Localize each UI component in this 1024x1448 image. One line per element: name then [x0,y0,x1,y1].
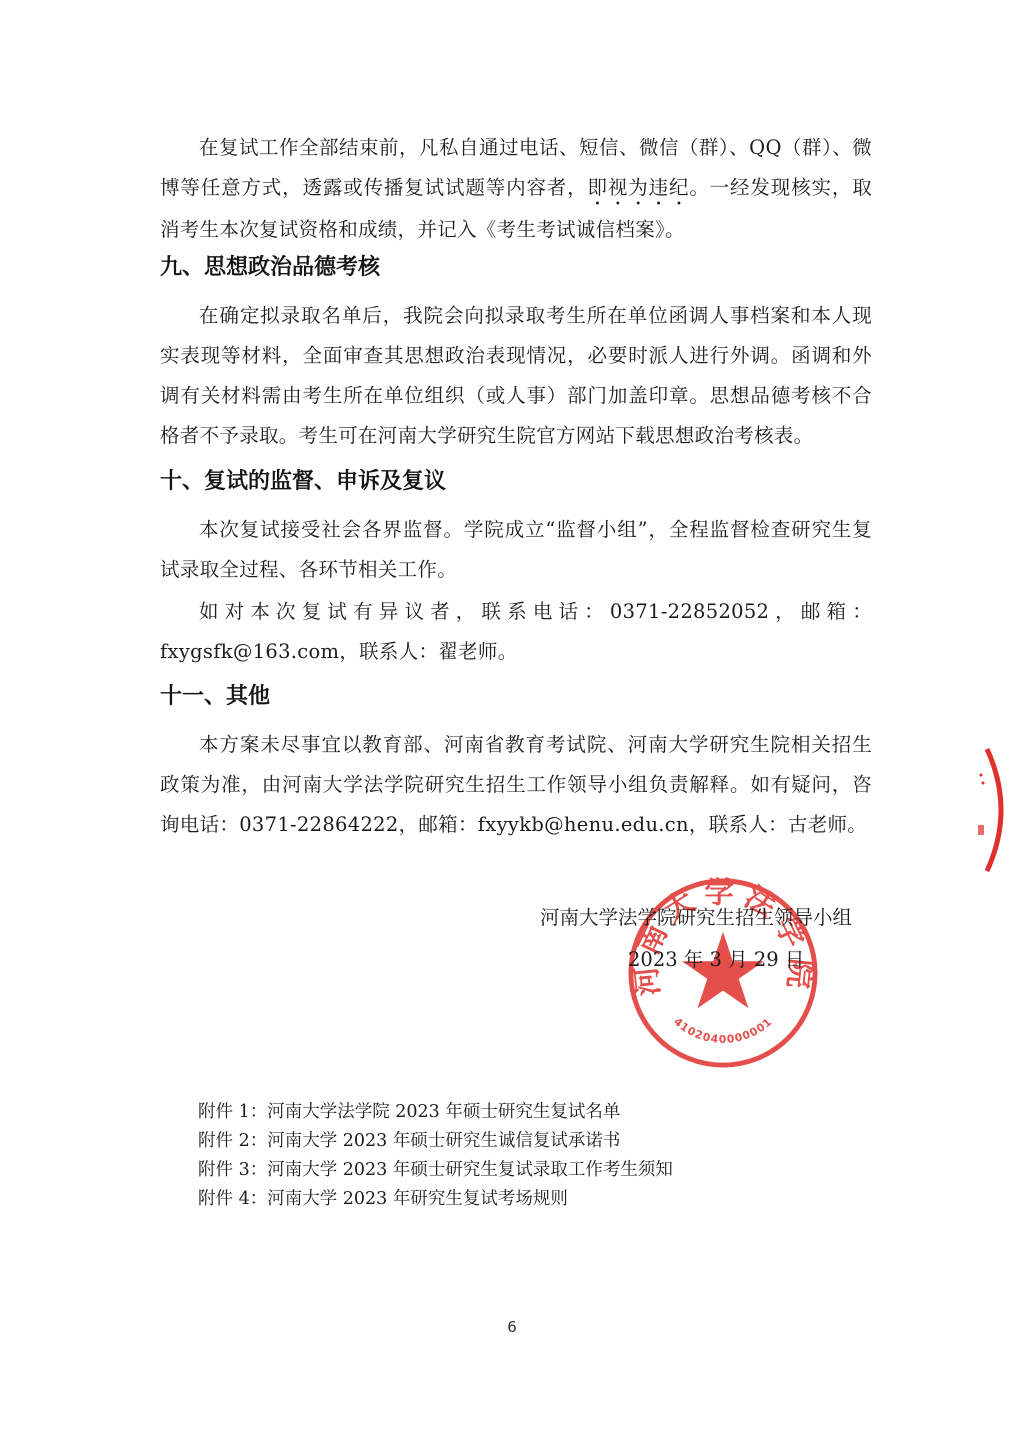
paging-seal-fragment-icon [975,745,1024,875]
signature-date: 2023 年 3 月 29 日 [628,945,804,975]
signature-organization: 河南大学法学院研究生招生领导小组 [540,903,852,933]
attachment-item: 附件 4：河南大学 2023 年研究生复试考场规则 [198,1185,673,1214]
svg-text:4102040000001: 4102040000001 [671,1015,775,1046]
intro-emphasis-text: 即视为违纪 [588,176,690,199]
intro-paragraph: 在复试工作全部结束前，凡私自通过电话、短信、微信（群）、QQ（群）、微博等任意方… [160,128,872,250]
section-heading-other: 十一、其他 [160,682,270,712]
section-heading-supervision-appeal: 十、复试的监督、申诉及复议 [160,467,446,497]
section-paragraph: 本方案未尽事宜以教育部、河南省教育考试院、河南大学研究生院相关招生政策为准，由河… [160,725,872,845]
section-paragraph: 本次复试接受社会各界监督。学院成立“监督小组”，全程监督检查研究生复试录取全过程… [160,510,872,590]
attachment-item: 附件 1：河南大学法学院 2023 年硕士研究生复试名单 [198,1098,673,1127]
page-number: 6 [0,1318,1024,1336]
attachment-item: 附件 2：河南大学 2023 年硕士研究生诚信复试承诺书 [198,1127,673,1156]
section-paragraph: 在确定拟录取名单后，我院会向拟录取考生所在单位函调人事档案和本人现实表现等材料，… [160,296,872,456]
document-page: 在复试工作全部结束前，凡私自通过电话、短信、微信（群）、QQ（群）、微博等任意方… [0,0,1024,1448]
attachment-item: 附件 3：河南大学 2023 年硕士研究生复试录取工作考生须知 [198,1156,673,1185]
attachments-list: 附件 1：河南大学法学院 2023 年硕士研究生复试名单 附件 2：河南大学 2… [198,1098,673,1214]
section-heading-political-assessment: 九、思想政治品德考核 [160,253,380,283]
section-paragraph-contact: 如对本次复试有异议者，联系电话：0371-22852052，邮箱：fxygsfk… [160,592,872,672]
